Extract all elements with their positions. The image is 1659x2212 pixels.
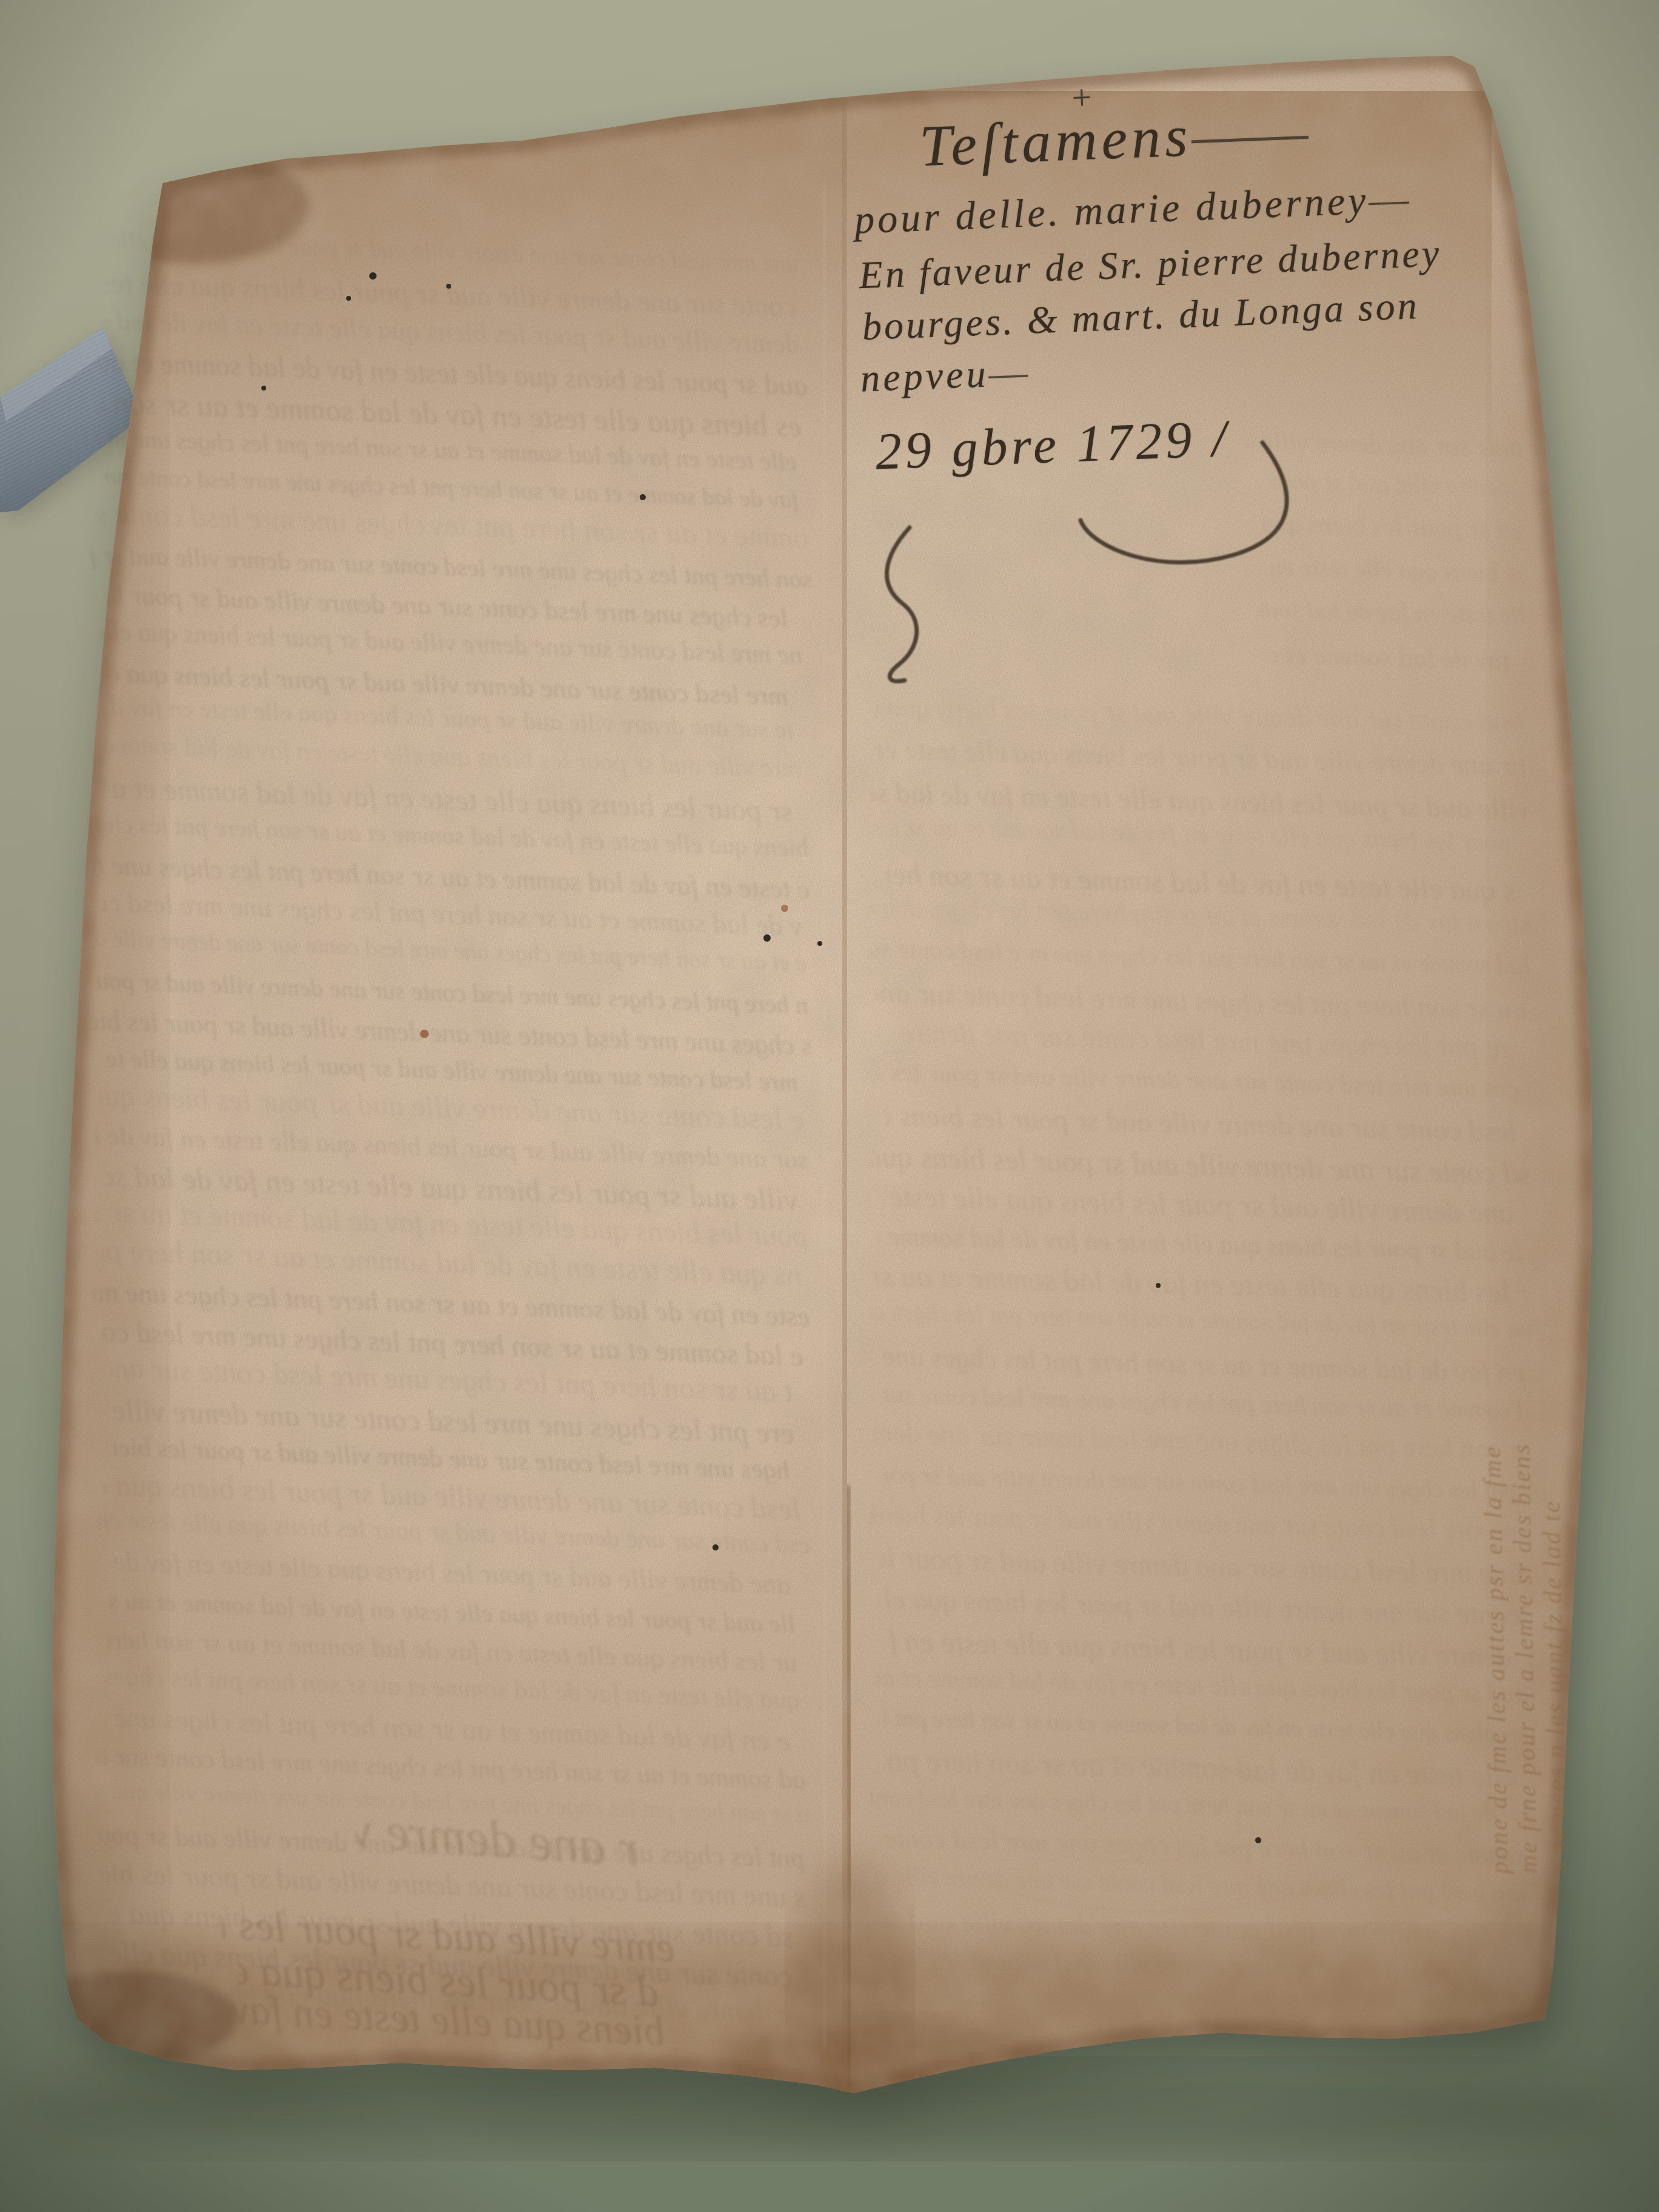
date-line: 29 gbre 1729 / bbox=[874, 407, 1231, 481]
cover-inscription: + Teſtamens―― pour delle. marie duberney… bbox=[846, 61, 1629, 756]
title-testament: Teſtamens―― bbox=[919, 98, 1310, 180]
title-flourish: ―― bbox=[1190, 99, 1309, 168]
vertical-marginal-note: pone de fme les auttes psr en la fme me … bbox=[1473, 1194, 1577, 1874]
inscription-line-4: nepveu― bbox=[860, 350, 1028, 401]
photo-of-manuscript: + Teſtamens―― pour delle. marie duberney… bbox=[0, 0, 1659, 2212]
inscription-line-1: pour delle. marie duberney― bbox=[854, 176, 1410, 244]
